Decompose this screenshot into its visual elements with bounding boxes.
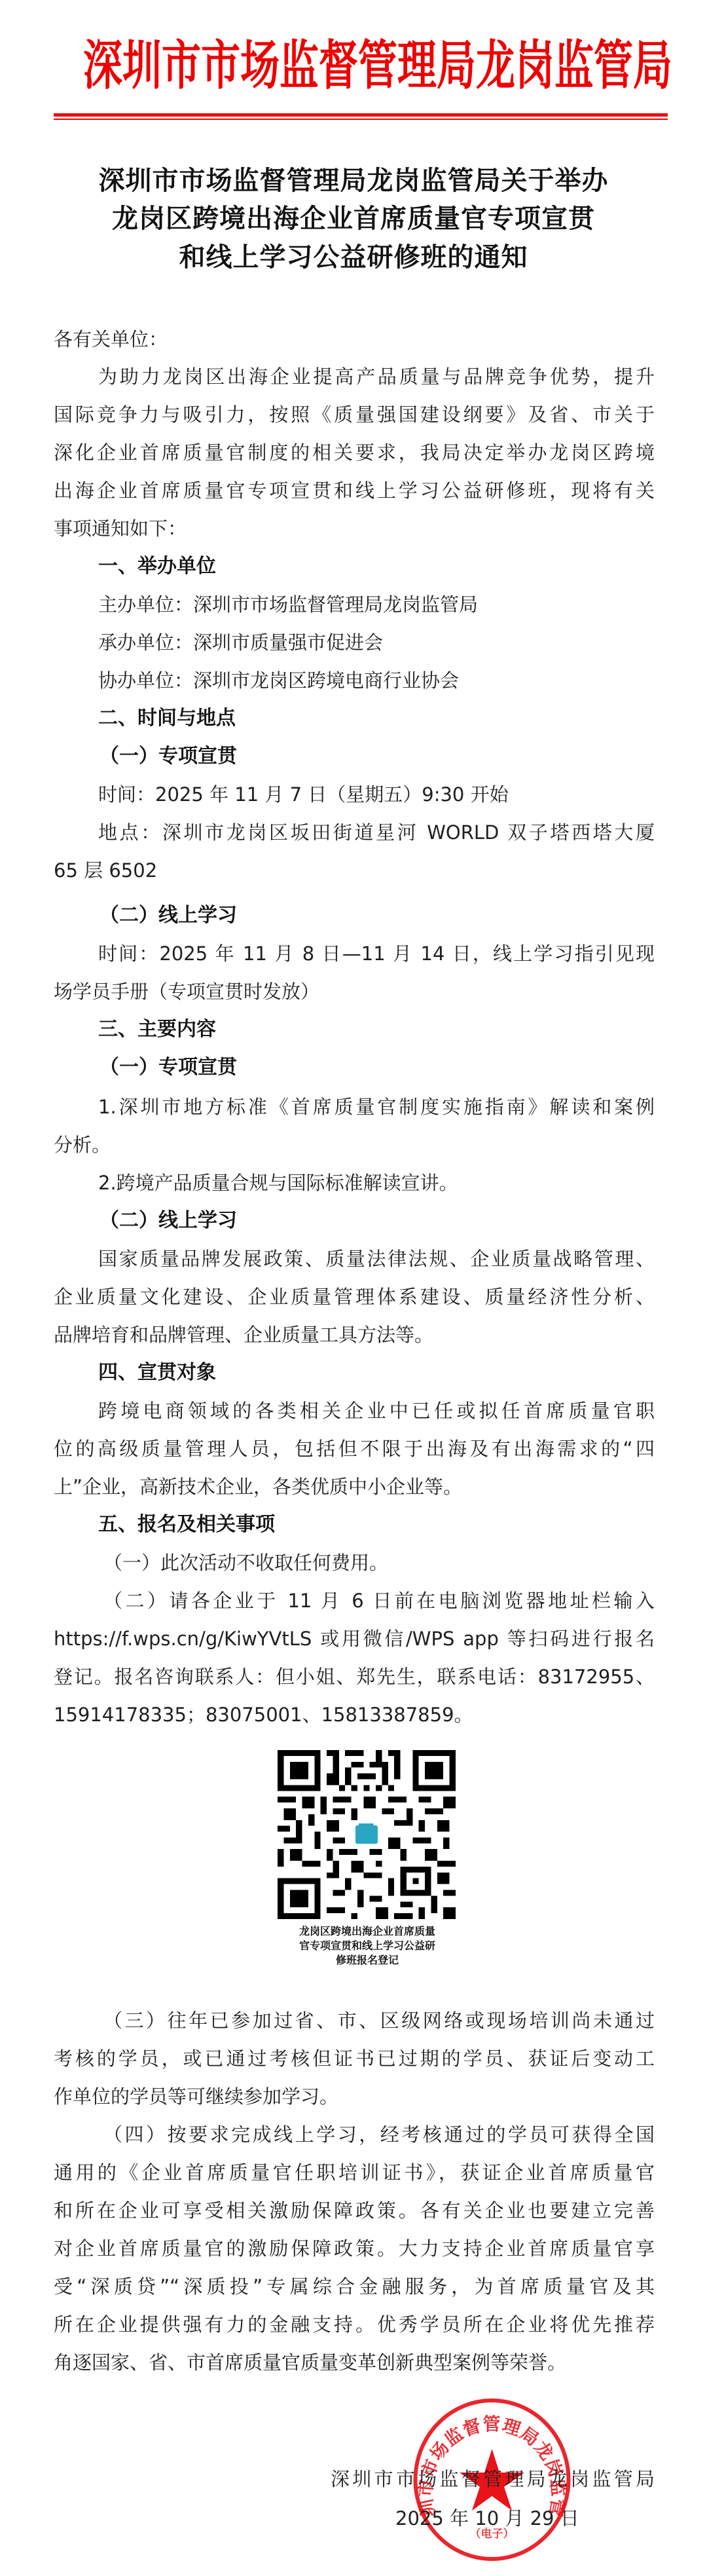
registration-item-1: （一）此次活动不收取任何费用。: [103, 1550, 388, 1576]
registration-phone-line: 15914178335；83075001、15813387859。: [54, 1702, 473, 1728]
qr-caption-line: 修班报名登记: [275, 1953, 460, 1968]
content-item-2: 2.跨境产品质量合规与国际标准解读宣讲。: [98, 1170, 458, 1196]
document-title-line-3: 和线上学习公益研修班的通知: [0, 241, 707, 274]
masthead-char: 督: [319, 28, 358, 104]
briefing-time: 时间：2025 年 11 月 7 日（星期五）9:30 开始: [98, 781, 509, 808]
qr-code-icon[interactable]: [278, 1750, 456, 1919]
masthead-char: 监: [554, 28, 594, 104]
registration-item-2: （二）请各企业于 11 月 6 日前在电脑浏览器地址栏输入: [103, 1588, 655, 1614]
briefing-place-cont: 65 层 6502: [54, 857, 157, 884]
intro-line: 为助力龙岗区出海企业提高产品质量与品牌竞争优势，提升: [98, 364, 655, 390]
registration-item-4-cont: 角逐国家、省、市首席质量官质量变革创新典型案例等荣誉。: [54, 2349, 566, 2376]
undertaker: 承办单位：深圳市质量强市促进会: [98, 629, 383, 656]
masthead-char: 场: [240, 28, 280, 104]
salutation: 各有关单位：: [54, 326, 168, 352]
masthead-title: 深圳市市场监督管理局龙岗监管局: [83, 38, 640, 94]
online-time: 时间：2025 年 11 月 8 日—11 月 14 日，线上学习指引见现: [98, 941, 655, 967]
audience-line: 位的高级质量管理人员，包括但不限于出海及有出海需求的“四: [54, 1436, 655, 1462]
section-heading-audience: 四、宣贯对象: [98, 1360, 216, 1386]
intro-line: 国际竞争力与吸引力，按照《质量强国建设纲要》及省、市关于: [54, 401, 655, 428]
masthead-divider-thick: [54, 113, 668, 117]
masthead-char: 管: [358, 28, 397, 104]
qr-caption: 龙岗区跨境出海企业首席质量 官专项宣贯和线上学习公益研 修班报名登记: [275, 1924, 460, 1968]
briefing-place: 地点：深圳市龙岗区坂田街道星河 WORLD 双子塔西塔大厦: [98, 819, 655, 846]
document-title-line-1: 深圳市市场监督管理局龙岗监管局关于举办: [0, 164, 707, 197]
section-heading-time-place: 二、时间与地点: [98, 705, 236, 732]
subheading-online-content: （二）线上学习: [100, 1208, 237, 1234]
registration-item-4-cont: 和所在企业可享受相关激励保障政策。各有关企业也要建立完善: [54, 2197, 655, 2224]
registration-item-3: （三）往年已参加过省、市、区级网络或现场培训尚未通过: [103, 2007, 655, 2034]
organizer: 主办单位：深圳市市场监督管理局龙岗监管局: [98, 591, 478, 618]
registration-item-4-cont: 通用的《企业首席质量官任职培训证书》，获证企业首席质量官: [54, 2159, 655, 2186]
intro-line: 事项通知如下：: [54, 515, 187, 542]
qr-caption-line: 龙岗区跨境出海企业首席质量: [275, 1924, 460, 1939]
qr-caption-line: 官专项宣贯和线上学习公益研: [275, 1939, 460, 1953]
registration-contact-line: 登记。报名咨询联系人：但小姐、郑先生，联系电话：83172955、: [54, 1664, 655, 1690]
issue-date: 2025 年 10 月 29 日: [395, 2505, 579, 2531]
subheading-briefing: （一）专项宣贯: [100, 743, 237, 770]
online-time-cont: 场学员手册（专项宣贯时发放）: [54, 979, 319, 1005]
issuer-name: 深圳市市场监督管理局龙岗监管局: [331, 2466, 655, 2492]
co-organizer: 协办单位：深圳市龙岗区跨境电商行业协会: [98, 667, 459, 694]
registration-item-4-cont: 受“深质贷”“深质投”专属综合金融服务，为首席质量官及其: [54, 2273, 655, 2300]
masthead-divider-thin: [54, 119, 668, 120]
section-heading-organizers: 一、举办单位: [98, 553, 216, 580]
document-title-line-2: 龙岗区跨境出海企业首席质量官专项宣贯: [0, 202, 707, 235]
subheading-online: （二）线上学习: [100, 903, 237, 929]
online-content-line: 国家质量品牌发展政策、质量法律法规、企业质量战略管理、: [98, 1246, 655, 1272]
intro-line: 深化企业首席质量官制度的相关要求，我局决定举办龙岗区跨境: [54, 439, 655, 466]
masthead-char: 局: [633, 28, 672, 104]
masthead-char: 监: [280, 28, 319, 104]
online-content-line: 品牌培育和品牌管理、企业质量工具方法等。: [54, 1322, 433, 1348]
audience-line: 跨境电商领域的各类相关企业中已任或拟任首席质量官职: [98, 1398, 655, 1424]
section-heading-content: 三、主要内容: [98, 1017, 216, 1043]
intro-line: 出海企业首席质量官专项宣贯和线上学习公益研修班，现将有关: [54, 477, 655, 504]
registration-item-4: （四）按要求完成线上学习，经考核通过的学员可获得全国: [103, 2121, 655, 2148]
content-item-1: 1.深圳市地方标准《首席质量官制度实施指南》解读和案例: [98, 1094, 655, 1120]
online-content-line: 企业质量文化建设、企业质量管理体系建设、质量经济性分析、: [54, 1284, 655, 1310]
masthead-char: 圳: [122, 28, 162, 104]
registration-item-4-cont: 所在企业提供强有力的金融支持。优秀学员所在企业将优先推荐: [54, 2311, 655, 2338]
registration-item-3-cont: 考核的学员，或已通过考核但证书已过期的学员、获证后变动工: [54, 2045, 655, 2072]
content-item-1-cont: 分析。: [54, 1132, 111, 1158]
audience-line: 上”企业，高新技术企业，各类优质中小企业等。: [54, 1474, 462, 1500]
registration-url-line[interactable]: https://f.wps.cn/g/KiwYVtLS 或用微信/WPS app…: [54, 1626, 655, 1652]
masthead-char: 市: [162, 28, 201, 104]
subheading-briefing-content: （一）专项宣贯: [100, 1055, 237, 1081]
masthead-char: 龙: [476, 28, 515, 104]
masthead-char: 深: [83, 28, 122, 104]
section-heading-registration: 五、报名及相关事项: [98, 1512, 275, 1538]
masthead-char: 理: [397, 28, 437, 104]
masthead-char: 市: [201, 28, 240, 104]
registration-item-3-cont: 作单位的学员等可继续参加学习。: [54, 2083, 338, 2110]
masthead-char: 管: [594, 28, 633, 104]
masthead-char: 岗: [515, 28, 554, 104]
registration-item-4-cont: 对企业首席质量官的激励保障政策。大力支持企业首席质量官享: [54, 2235, 655, 2262]
masthead-char: 局: [437, 28, 476, 104]
